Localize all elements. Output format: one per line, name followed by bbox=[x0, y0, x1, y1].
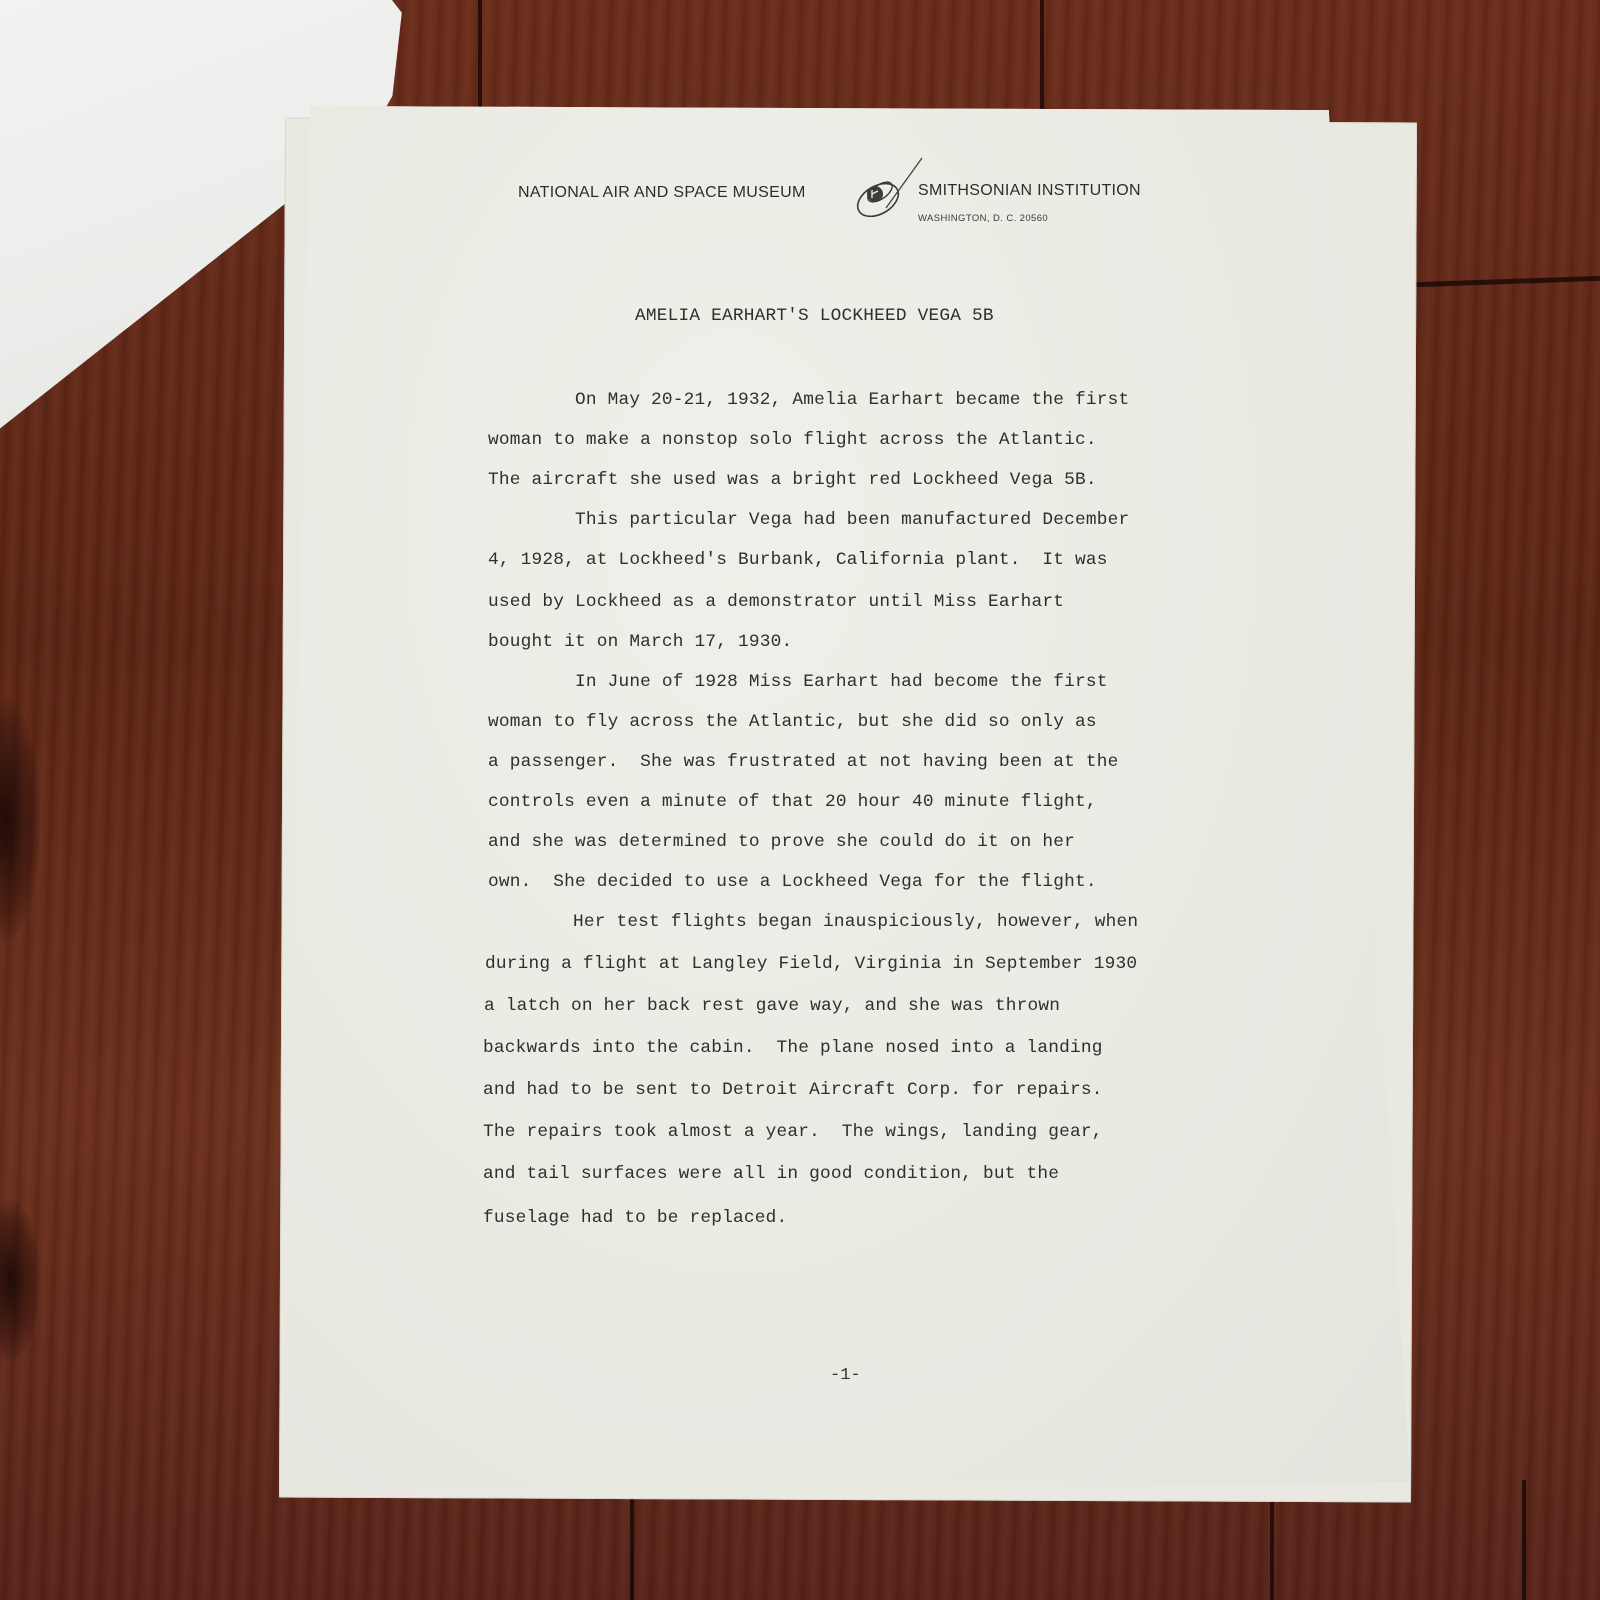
plank-seam bbox=[1522, 1480, 1526, 1600]
text-line: woman to fly across the Atlantic, but sh… bbox=[488, 712, 1097, 732]
letterhead: NATIONAL AIR AND SPACE MUSEUM SMITHSONIA… bbox=[518, 178, 1168, 238]
plank-seam bbox=[1040, 0, 1044, 110]
text-line: used by Lockheed as a demonstrator until… bbox=[488, 592, 1064, 612]
smithsonian-logo-icon bbox=[848, 156, 928, 231]
plank-seam bbox=[1270, 1490, 1274, 1600]
text-line: woman to make a nonstop solo flight acro… bbox=[488, 430, 1097, 450]
museum-name: NATIONAL AIR AND SPACE MUSEUM bbox=[518, 184, 806, 202]
text-line: own. She decided to use a Lockheed Vega … bbox=[488, 872, 1097, 892]
institution-name: SMITHSONIAN INSTITUTION bbox=[918, 182, 1141, 200]
text-line: In June of 1928 Miss Earhart had become … bbox=[488, 672, 1108, 692]
text-line: controls even a minute of that 20 hour 4… bbox=[488, 792, 1097, 812]
plank-seam bbox=[630, 1490, 634, 1600]
text-line: On May 20-21, 1932, Amelia Earhart becam… bbox=[488, 390, 1129, 410]
text-line: The aircraft she used was a bright red L… bbox=[488, 470, 1097, 490]
text-line: bought it on March 17, 1930. bbox=[488, 632, 792, 652]
text-line: and tail surfaces were all in good condi… bbox=[483, 1164, 1059, 1184]
page-number: -1- bbox=[830, 1366, 861, 1385]
text-line: a passenger. She was frustrated at not h… bbox=[488, 752, 1119, 772]
text-line: and she was determined to prove she coul… bbox=[488, 832, 1075, 852]
text-line: 4, 1928, at Lockheed's Burbank, Californ… bbox=[488, 550, 1108, 570]
text-line: backwards into the cabin. The plane nose… bbox=[483, 1038, 1103, 1058]
text-line: Her test flights began inauspiciously, h… bbox=[486, 912, 1138, 932]
text-line: and had to be sent to Detroit Aircraft C… bbox=[483, 1080, 1103, 1100]
plank-seam bbox=[478, 0, 482, 120]
institution-address: WASHINGTON, D. C. 20560 bbox=[918, 213, 1048, 224]
text-line: during a flight at Langley Field, Virgin… bbox=[485, 954, 1137, 974]
text-line: This particular Vega had been manufactur… bbox=[488, 510, 1129, 530]
document-title: AMELIA EARHART'S LOCKHEED VEGA 5B bbox=[635, 306, 994, 326]
text-line: fuselage had to be replaced. bbox=[483, 1208, 787, 1228]
text-line: The repairs took almost a year. The wing… bbox=[483, 1122, 1103, 1142]
text-line: a latch on her back rest gave way, and s… bbox=[484, 996, 1060, 1016]
